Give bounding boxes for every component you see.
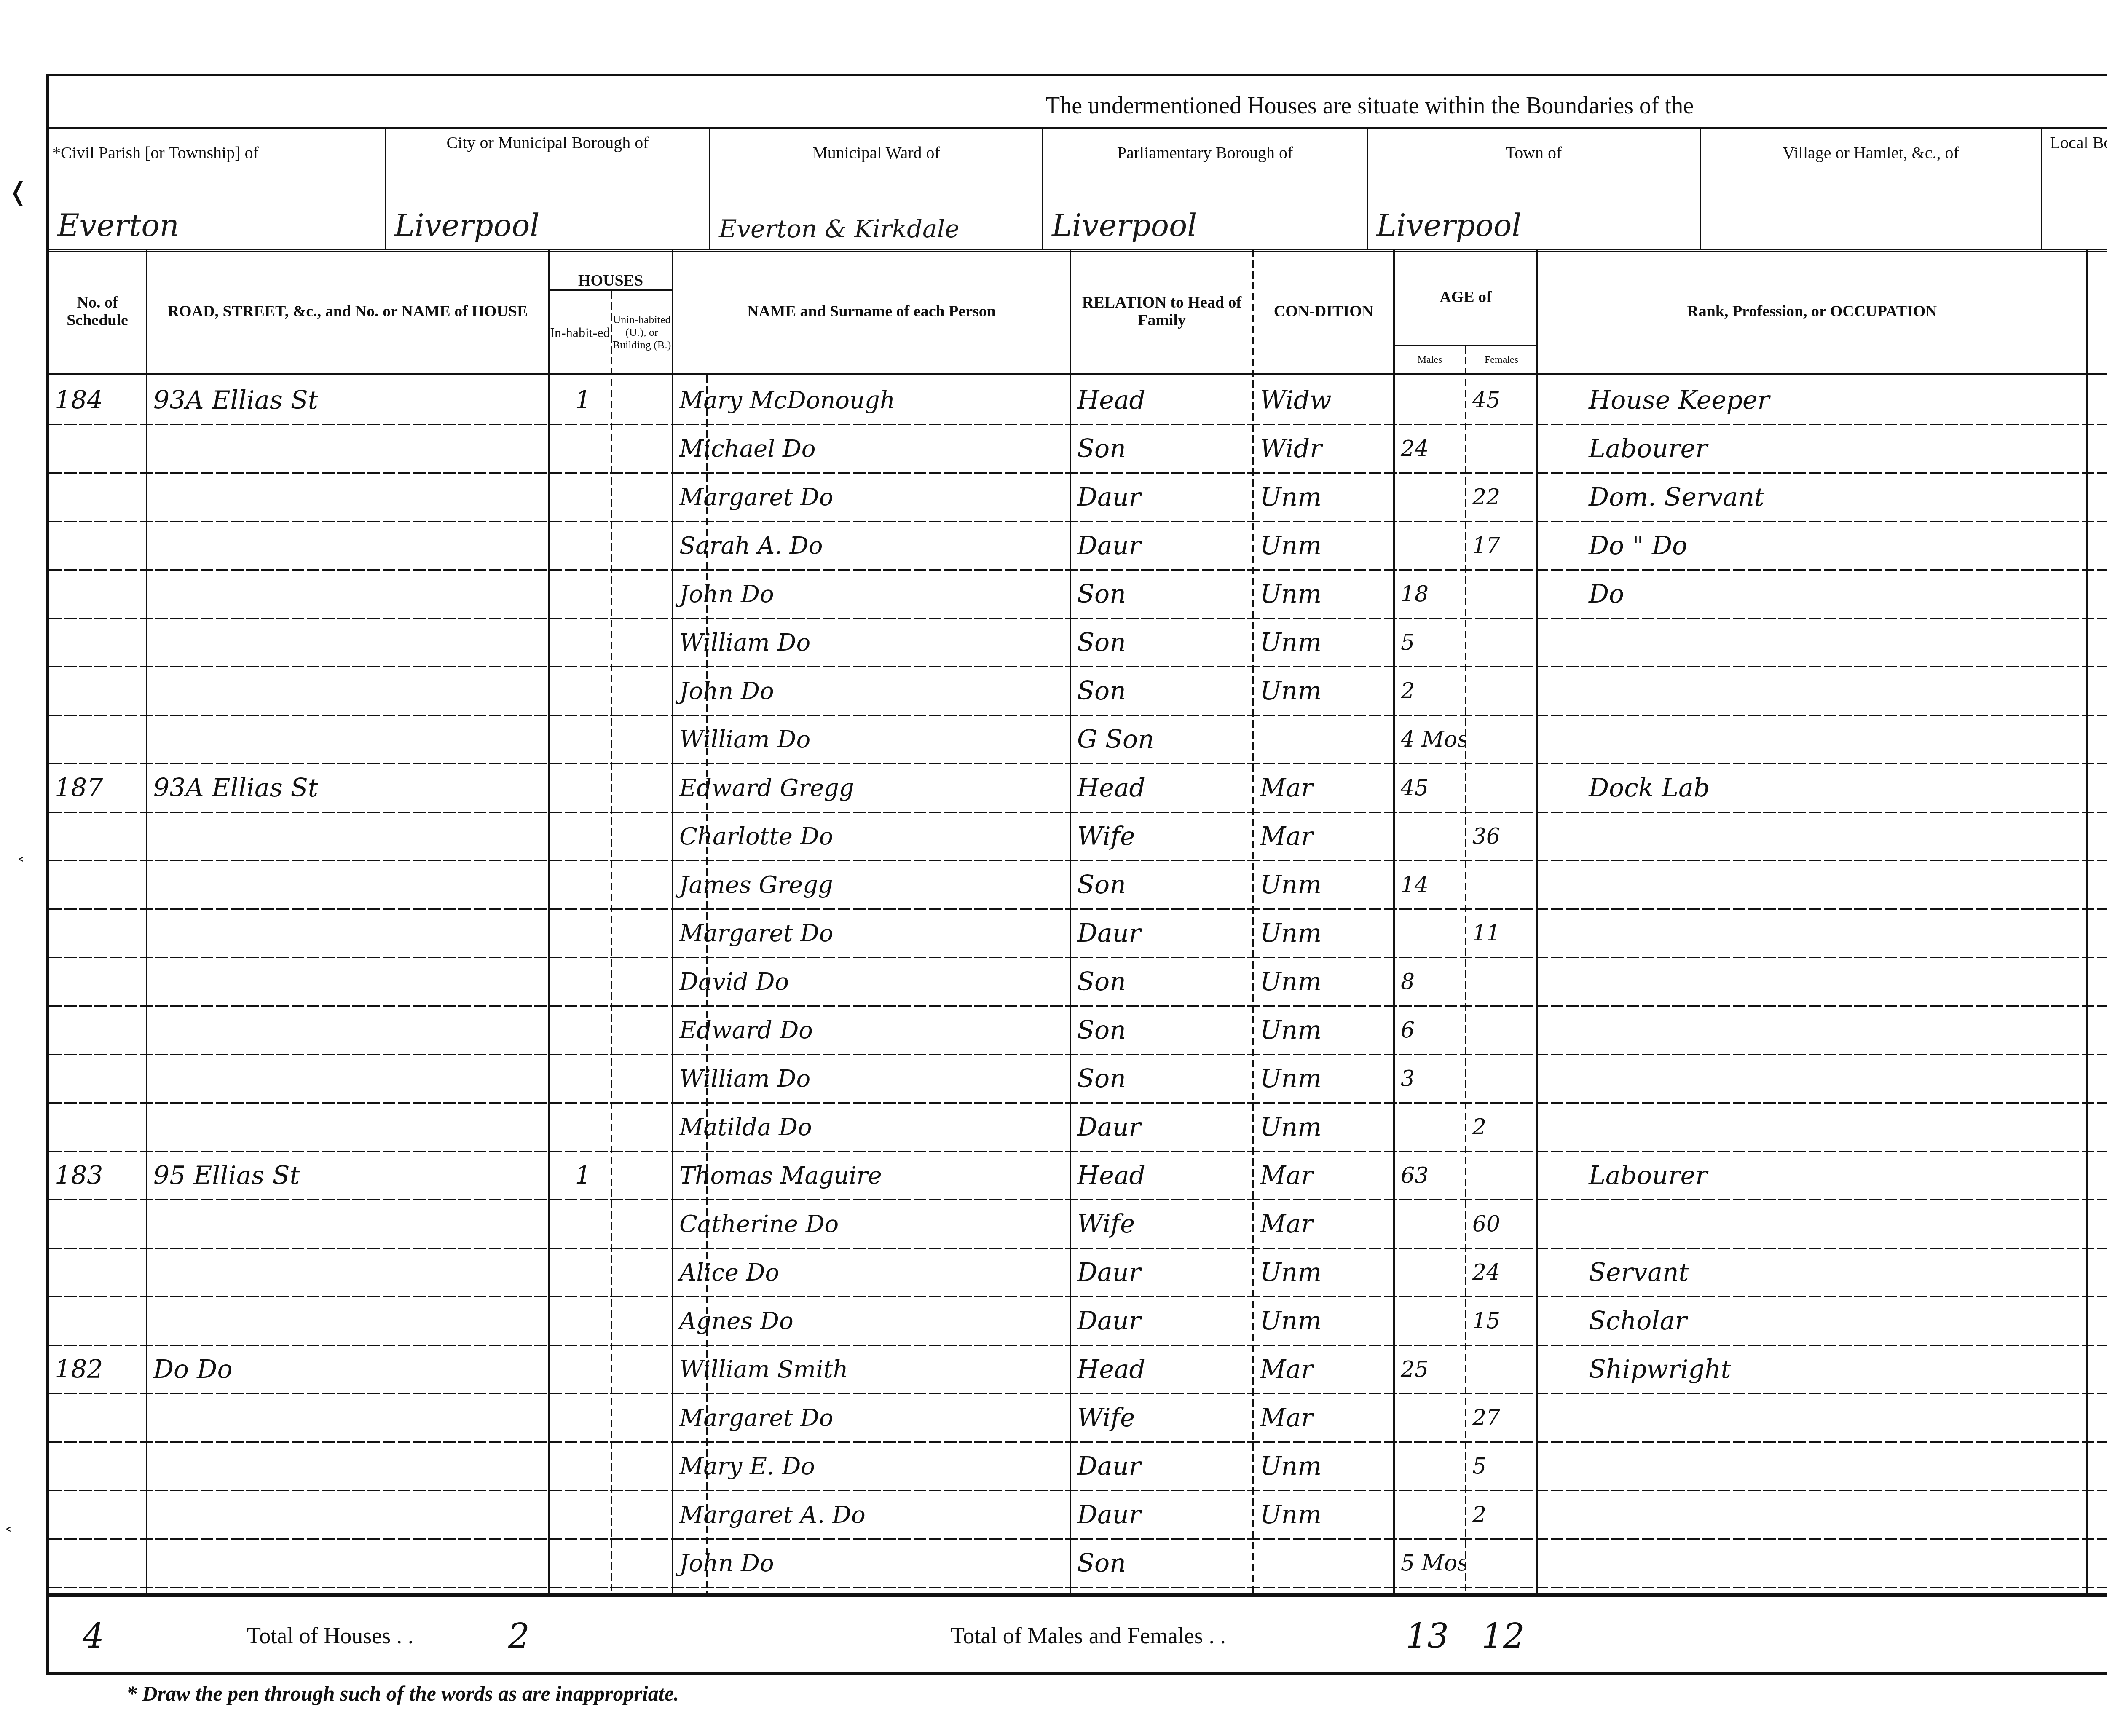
cell-male-age <box>1395 812 1465 861</box>
footnote: * Draw the pen through such of the words… <box>126 1681 679 1706</box>
cell-name: William Do <box>673 1054 1070 1104</box>
cell-address: 93A Ellias St <box>147 375 548 425</box>
table-row: Sarah A. Do Daur Unm 17 Do " Do Do " Do <box>49 521 2107 571</box>
cell-name: Margaret Do <box>673 472 1070 522</box>
cell-where-born: Do " Do <box>2088 472 2107 522</box>
table-row: 184 93A Ellias St 1 Mary McDonough Head … <box>49 375 2107 425</box>
cell-uninhabited <box>612 1296 672 1346</box>
cell-uninhabited <box>612 1005 672 1055</box>
cell-inhabited <box>550 860 611 910</box>
cell-occupation: Dom. Servant <box>1538 472 2086 522</box>
header-relation: RELATION to Head of Family <box>1071 249 1252 375</box>
cell-schedule <box>49 569 146 619</box>
cell-female-age <box>1466 715 1536 764</box>
cell-male-age: 63 <box>1395 1151 1465 1200</box>
cell-uninhabited <box>612 1199 672 1249</box>
totals-row: 4 Total of Houses . . 2 Total of Males a… <box>49 1593 2107 1673</box>
cell-occupation: Dock Lab <box>1538 763 2086 813</box>
cell-female-age <box>1466 860 1536 910</box>
cell-relation: Son <box>1071 957 1252 1007</box>
cell-uninhabited <box>612 1393 672 1443</box>
boundary-label: *Civil Parish [or Township] of <box>52 144 381 162</box>
cell-uninhabited <box>612 424 672 474</box>
cell-name: Michael Do <box>673 424 1070 474</box>
cell-condition: Unm <box>1254 1102 1393 1152</box>
cell-condition: Unm <box>1254 1248 1393 1297</box>
cell-condition <box>1254 715 1393 764</box>
cell-occupation <box>1538 666 2086 716</box>
cell-inhabited <box>550 1441 611 1491</box>
cell-name: Matilda Do <box>673 1102 1070 1152</box>
cell-inhabited <box>550 957 611 1007</box>
cell-male-age <box>1395 1393 1465 1443</box>
cell-condition: Mar <box>1254 1151 1393 1200</box>
table-row: Mary E. Do Daur Unm 5 L'pool Lancaster <box>49 1441 2107 1491</box>
cell-uninhabited <box>612 666 672 716</box>
cell-address <box>147 957 548 1007</box>
cell-occupation <box>1538 715 2086 764</box>
header-occupation: Rank, Profession, or OCCUPATION <box>1538 249 2086 375</box>
table-row: John Do Son Unm 2 Do " Do <box>49 666 2107 716</box>
cell-condition: Mar <box>1254 1393 1393 1443</box>
cell-relation: Son <box>1071 1005 1252 1055</box>
cell-inhabited <box>550 521 611 571</box>
cell-female-age: 60 <box>1466 1199 1536 1249</box>
cell-name: Charlotte Do <box>673 812 1070 861</box>
cell-inhabited <box>550 812 611 861</box>
cell-male-age <box>1395 1199 1465 1249</box>
cell-condition: Unm <box>1254 1296 1393 1346</box>
cell-name: Agnes Do <box>673 1296 1070 1346</box>
cell-relation: Son <box>1071 569 1252 619</box>
table-row: 182 Do Do William Smith Head Mar 25 Ship… <box>49 1345 2107 1394</box>
cell-uninhabited <box>612 908 672 958</box>
cell-uninhabited <box>612 569 672 619</box>
cell-female-age <box>1466 666 1536 716</box>
cell-male-age: 18 <box>1395 569 1465 619</box>
cell-male-age: 5 <box>1395 618 1465 667</box>
cell-occupation: Labourer <box>1538 1151 2086 1200</box>
cell-relation: Son <box>1071 1538 1252 1588</box>
cell-female-age <box>1466 424 1536 474</box>
cell-male-age <box>1395 375 1465 425</box>
boundary-label: Town of <box>1371 144 1696 162</box>
cell-address <box>147 812 548 861</box>
cell-relation: Daur <box>1071 1296 1252 1346</box>
cell-uninhabited <box>612 957 672 1007</box>
cell-where-born: Do " Do <box>2088 666 2107 716</box>
cell-condition: Mar <box>1254 1345 1393 1394</box>
cell-where-born <box>2088 715 2107 764</box>
cell-where-born: Do <box>2088 860 2107 910</box>
cell-inhabited <box>550 1345 611 1394</box>
cell-female-age <box>1466 957 1536 1007</box>
boundary-city: City or Municipal Borough of Liverpool <box>386 127 710 249</box>
cell-where-born: Ireland <box>2088 375 2107 425</box>
cell-female-age: 2 <box>1466 1490 1536 1540</box>
cell-female-age <box>1466 618 1536 667</box>
cell-inhabited <box>550 715 611 764</box>
cell-occupation <box>1538 1102 2086 1152</box>
cell-address <box>147 424 548 474</box>
cell-male-age <box>1395 1102 1465 1152</box>
cell-schedule <box>49 1296 146 1346</box>
boundary-value: Everton & Kirkdale <box>719 214 1038 243</box>
cell-relation: Son <box>1071 860 1252 910</box>
cell-where-born: Ireland <box>2088 763 2107 813</box>
margin-mark: ❬ <box>8 177 29 206</box>
cell-occupation <box>1538 1199 2086 1249</box>
table-row: Charlotte Do Wife Mar 36 Do <box>49 812 2107 861</box>
cell-inhabited <box>550 1005 611 1055</box>
cell-condition: Unm <box>1254 957 1393 1007</box>
total-females: 12 <box>1482 1616 1525 1656</box>
cell-male-age <box>1395 1490 1465 1540</box>
cell-inhabited: 1 <box>550 1151 611 1200</box>
cell-condition: Unm <box>1254 1490 1393 1540</box>
cell-female-age: 45 <box>1466 375 1536 425</box>
cell-condition: Unm <box>1254 860 1393 910</box>
cell-address <box>147 908 548 958</box>
cell-condition: Unm <box>1254 666 1393 716</box>
cell-condition: Unm <box>1254 1441 1393 1491</box>
cell-schedule <box>49 1199 146 1249</box>
cell-schedule <box>49 1393 146 1443</box>
cell-inhabited <box>550 1296 611 1346</box>
cell-where-born: Douglas Isle of Man <box>2088 1393 2107 1443</box>
cell-uninhabited <box>612 860 672 910</box>
header-inhabited: In-habit-ed <box>550 291 611 375</box>
cell-schedule <box>49 424 146 474</box>
total-houses-label: Total of Houses . . <box>247 1623 413 1649</box>
cell-inhabited <box>550 1538 611 1588</box>
cell-address <box>147 1393 548 1443</box>
cell-occupation <box>1538 1441 2086 1491</box>
cell-female-age: 17 <box>1466 521 1536 571</box>
cell-female-age: 15 <box>1466 1296 1536 1346</box>
cell-schedule <box>49 1102 146 1152</box>
cell-address: 93A Ellias St <box>147 763 548 813</box>
cell-female-age <box>1466 1054 1536 1104</box>
cell-occupation: Labourer <box>1538 424 2086 474</box>
cell-male-age <box>1395 472 1465 522</box>
table-row: Margaret Do Daur Unm 22 Dom. Servant Do … <box>49 472 2107 522</box>
cell-inhabited <box>550 666 611 716</box>
cell-female-age <box>1466 1005 1536 1055</box>
cell-inhabited <box>550 1054 611 1104</box>
cell-condition: Mar <box>1254 763 1393 813</box>
table-row: John Do Son 5 Mos <box>49 1538 2107 1588</box>
cell-relation: Daur <box>1071 1102 1252 1152</box>
cell-address: Do Do <box>147 1345 548 1394</box>
cell-where-born: Do " Do <box>2088 1490 2107 1540</box>
cell-relation: G Son <box>1071 715 1252 764</box>
cell-name: Thomas Maguire <box>673 1151 1070 1200</box>
cell-male-age: 25 <box>1395 1345 1465 1394</box>
cell-schedule <box>49 1005 146 1055</box>
cell-uninhabited <box>612 1248 672 1297</box>
boundaries-row: *Civil Parish [or Township] of Everton C… <box>49 127 2107 252</box>
cell-where-born: Do " Do <box>2088 569 2107 619</box>
table-row: Matilda Do Daur Unm 2 Do " Do <box>49 1102 2107 1152</box>
cell-name: Alice Do <box>673 1248 1070 1297</box>
boundary-local-board: Local Board, or [Improvement Commissione… <box>2042 127 2107 249</box>
cell-female-age <box>1466 763 1536 813</box>
boundary-label: Municipal Ward of <box>714 144 1039 162</box>
cell-female-age <box>1466 569 1536 619</box>
cell-inhabited <box>550 472 611 522</box>
cell-inhabited <box>550 618 611 667</box>
cell-relation: Head <box>1071 763 1252 813</box>
cell-male-age: 2 <box>1395 666 1465 716</box>
total-males: 13 <box>1406 1616 1449 1656</box>
header-name: NAME and Surname of each Person <box>673 249 1070 375</box>
cell-male-age <box>1395 521 1465 571</box>
cell-inhabited <box>550 424 611 474</box>
cell-female-age: 27 <box>1466 1393 1536 1443</box>
table-row: William Do Son Unm 3 Do " Do <box>49 1054 2107 1104</box>
enumeration-table: No. of Schedule ROAD, STREET, &c., and N… <box>49 249 2107 1593</box>
cell-where-born: Do <box>2088 1248 2107 1297</box>
cell-relation: Head <box>1071 375 1252 425</box>
cell-male-age <box>1395 908 1465 958</box>
cell-uninhabited <box>612 1538 672 1588</box>
cell-occupation <box>1538 860 2086 910</box>
boundary-parliamentary-borough: Parliamentary Borough of Liverpool <box>1043 127 1368 249</box>
cell-name: William Do <box>673 618 1070 667</box>
header-females: Females <box>1466 346 1536 375</box>
cell-condition: Unm <box>1254 569 1393 619</box>
total-schedules: 4 <box>83 1616 104 1656</box>
cell-address <box>147 1248 548 1297</box>
cell-female-age: 24 <box>1466 1248 1536 1297</box>
cell-relation: Head <box>1071 1345 1252 1394</box>
cell-address <box>147 1538 548 1588</box>
cell-male-age: 24 <box>1395 424 1465 474</box>
cell-male-age: 6 <box>1395 1005 1465 1055</box>
cell-schedule <box>49 1490 146 1540</box>
cell-name: Edward Gregg <box>673 763 1070 813</box>
cell-uninhabited <box>612 521 672 571</box>
cell-address <box>147 715 548 764</box>
table-row: Margaret Do Wife Mar 27 Douglas Isle of … <box>49 1393 2107 1443</box>
cell-where-born: L'pool Lancaster <box>2088 1441 2107 1491</box>
cell-uninhabited <box>612 1490 672 1540</box>
cell-occupation <box>1538 1054 2086 1104</box>
cell-inhabited <box>550 1393 611 1443</box>
cell-inhabited <box>550 1248 611 1297</box>
cell-where-born: Do <box>2088 957 2107 1007</box>
cell-schedule <box>49 860 146 910</box>
cell-occupation <box>1538 908 2086 958</box>
cell-uninhabited <box>612 472 672 522</box>
table-row: Margaret Do Daur Unm 11 Do <box>49 908 2107 958</box>
cell-relation: Daur <box>1071 1248 1252 1297</box>
form-title-bar: The undermentioned Houses are situate wi… <box>49 76 2107 129</box>
table-row: James Gregg Son Unm 14 Do <box>49 860 2107 910</box>
cell-condition: Widw <box>1254 375 1393 425</box>
cell-inhabited <box>550 908 611 958</box>
table-row: Margaret A. Do Daur Unm 2 Do " Do <box>49 1490 2107 1540</box>
cell-where-born: Do <box>2088 812 2107 861</box>
cell-relation: Wife <box>1071 812 1252 861</box>
cell-female-age: 36 <box>1466 812 1536 861</box>
boundary-label: City or Municipal Borough of <box>389 134 706 152</box>
cell-female-age <box>1466 1538 1536 1588</box>
cell-schedule <box>49 472 146 522</box>
cell-uninhabited <box>612 763 672 813</box>
boundary-value: Liverpool <box>1052 208 1362 243</box>
cell-name: Margaret A. Do <box>673 1490 1070 1540</box>
cell-schedule <box>49 618 146 667</box>
boundary-value: Liverpool <box>394 208 705 243</box>
cell-name: Sarah A. Do <box>673 521 1070 571</box>
cell-address <box>147 521 548 571</box>
cell-name: James Gregg <box>673 860 1070 910</box>
cell-uninhabited <box>612 375 672 425</box>
cell-name: John Do <box>673 1538 1070 1588</box>
table-row: 187 93A Ellias St Edward Gregg Head Mar … <box>49 763 2107 813</box>
cell-schedule <box>49 908 146 958</box>
margin-mark: ˂ <box>4 1525 13 1545</box>
cell-where-born: Do " Do <box>2088 1102 2107 1152</box>
cell-inhabited: 1 <box>550 375 611 425</box>
cell-address <box>147 472 548 522</box>
table-row: Alice Do Daur Unm 24 Servant Do <box>49 1248 2107 1297</box>
cell-schedule <box>49 666 146 716</box>
cell-occupation: House Keeper <box>1538 375 2086 425</box>
cell-condition: Unm <box>1254 472 1393 522</box>
cell-name: Mary E. Do <box>673 1441 1070 1491</box>
row-rule <box>49 1587 2107 1588</box>
cell-male-age: 5 Mos <box>1395 1538 1465 1588</box>
header-age: AGE of <box>1395 249 1536 346</box>
cell-name: Edward Do <box>673 1005 1070 1055</box>
cell-uninhabited <box>612 618 672 667</box>
total-houses-value: 2 <box>508 1616 530 1656</box>
cell-schedule <box>49 957 146 1007</box>
cell-name: Catherine Do <box>673 1199 1070 1249</box>
cell-condition: Mar <box>1254 1199 1393 1249</box>
cell-schedule: 184 <box>49 375 146 425</box>
cell-uninhabited <box>612 1345 672 1394</box>
cell-occupation <box>1538 1393 2086 1443</box>
table-row: Catherine Do Wife Mar 60 Do <box>49 1199 2107 1249</box>
cell-inhabited <box>550 569 611 619</box>
cell-relation: Son <box>1071 424 1252 474</box>
cell-name: Margaret Do <box>673 908 1070 958</box>
cell-address: 95 Ellias St <box>147 1151 548 1200</box>
header-schedule: No. of Schedule <box>49 249 146 375</box>
cell-schedule <box>49 1441 146 1491</box>
cell-name: John Do <box>673 569 1070 619</box>
cell-inhabited <box>550 1102 611 1152</box>
boundary-label: Village or Hamlet, &c., of <box>1704 144 2037 162</box>
cell-male-age <box>1395 1248 1465 1297</box>
cell-uninhabited <box>612 1102 672 1152</box>
boundary-value: Liverpool <box>1376 208 1695 243</box>
cell-where-born: L'pool Lancaster <box>2088 1005 2107 1055</box>
cell-address <box>147 1441 548 1491</box>
header-condition: CON-DITION <box>1254 249 1393 375</box>
cell-female-age <box>1466 1345 1536 1394</box>
cell-condition: Unm <box>1254 1054 1393 1104</box>
cell-schedule <box>49 1054 146 1104</box>
header-males: Males <box>1395 346 1465 375</box>
cell-male-age <box>1395 1296 1465 1346</box>
cell-occupation: Servant <box>1538 1248 2086 1297</box>
cell-relation: Son <box>1071 666 1252 716</box>
cell-condition: Widr <box>1254 424 1393 474</box>
cell-occupation <box>1538 618 2086 667</box>
cell-female-age: 11 <box>1466 908 1536 958</box>
cell-male-age <box>1395 1441 1465 1491</box>
cell-where-born: Do <box>2088 1199 2107 1249</box>
cell-male-age: 8 <box>1395 957 1465 1007</box>
cell-uninhabited <box>612 812 672 861</box>
cell-relation: Daur <box>1071 1490 1252 1540</box>
cell-relation: Wife <box>1071 1393 1252 1443</box>
cell-relation: Wife <box>1071 1199 1252 1249</box>
cell-schedule <box>49 1538 146 1588</box>
cell-name: John Do <box>673 666 1070 716</box>
cell-address <box>147 1296 548 1346</box>
cell-male-age: 45 <box>1395 763 1465 813</box>
cell-where-born <box>2088 1538 2107 1588</box>
cell-schedule <box>49 1248 146 1297</box>
cell-condition: Unm <box>1254 618 1393 667</box>
cell-female-age: 2 <box>1466 1102 1536 1152</box>
cell-male-age: 4 Mos <box>1395 715 1465 764</box>
cell-address <box>147 1005 548 1055</box>
boundary-civil-parish: *Civil Parish [or Township] of Everton <box>49 127 386 249</box>
cell-condition: Unm <box>1254 908 1393 958</box>
cell-schedule <box>49 812 146 861</box>
cell-where-born: Do " Do <box>2088 1345 2107 1394</box>
cell-inhabited <box>550 1199 611 1249</box>
cell-where-born: Do " Do <box>2088 1054 2107 1104</box>
cell-schedule <box>49 715 146 764</box>
margin-mark: ˂ <box>17 855 25 875</box>
table-row: William Do G Son 4 Mos <box>49 715 2107 764</box>
cell-female-age: 5 <box>1466 1441 1536 1491</box>
cell-address <box>147 1199 548 1249</box>
cell-address <box>147 569 548 619</box>
cell-address <box>147 1490 548 1540</box>
census-form: The undermentioned Houses are situate wi… <box>46 74 2107 1675</box>
cell-inhabited <box>550 1490 611 1540</box>
cell-condition <box>1254 1538 1393 1588</box>
cell-name: Margaret Do <box>673 1393 1070 1443</box>
cell-relation: Daur <box>1071 521 1252 571</box>
table-row: William Do Son Unm 5 Do " Do <box>49 618 2107 667</box>
form-title: The undermentioned Houses are situate wi… <box>49 92 2107 119</box>
cell-where-born: Ireland <box>2088 1151 2107 1200</box>
cell-where-born: L'pool Lancaster <box>2088 1296 2107 1346</box>
cell-relation: Head <box>1071 1151 1252 1200</box>
cell-name: William Do <box>673 715 1070 764</box>
table-row: Agnes Do Daur Unm 15 Scholar L'pool Lanc… <box>49 1296 2107 1346</box>
cell-occupation: Do " Do <box>1538 521 2086 571</box>
cell-occupation <box>1538 1538 2086 1588</box>
cell-occupation <box>1538 812 2086 861</box>
cell-address <box>147 666 548 716</box>
boundary-town: Town of Liverpool <box>1368 127 1701 249</box>
header-address: ROAD, STREET, &c., and No. or NAME of HO… <box>147 249 548 375</box>
header-uninhabited: Unin-habited (U.), or Building (B.) <box>612 291 672 375</box>
cell-condition: Unm <box>1254 521 1393 571</box>
cell-where-born: L'pool Lancaster <box>2088 424 2107 474</box>
